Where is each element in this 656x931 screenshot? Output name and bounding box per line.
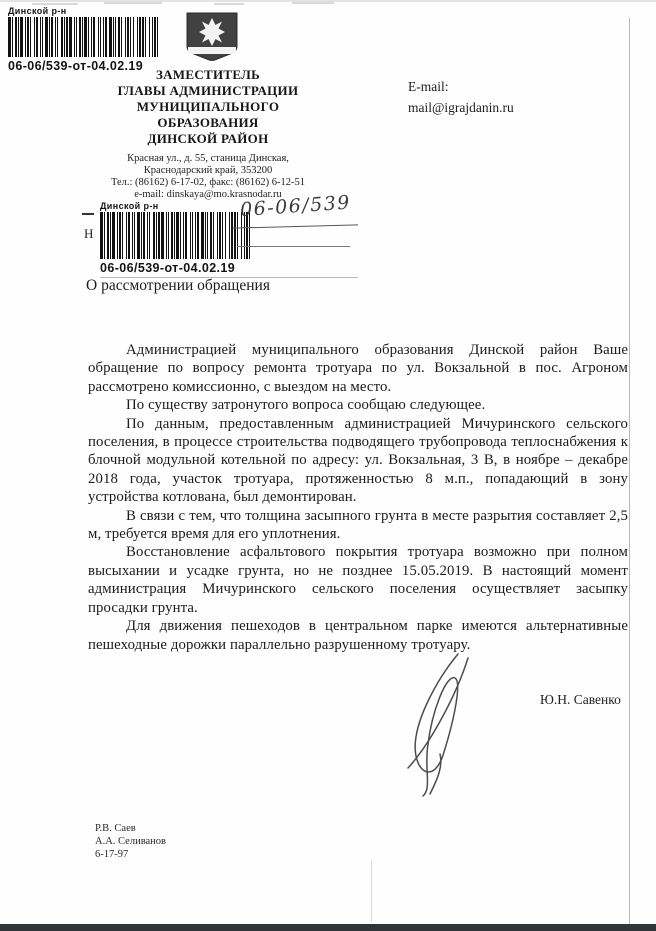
letterhead-title-line: ДИНСКОЙ РАЙОН — [95, 131, 321, 147]
signer-name: Ю.Н. Савенко — [540, 692, 621, 708]
obscured-form-letter: Н — [84, 226, 93, 242]
letterhead-address-line: Краснодарский край, 353200 — [60, 165, 356, 177]
letter-subject: О рассмотрении обращения — [86, 277, 270, 295]
executor-phone: 6-17-97 — [95, 848, 166, 861]
handwritten-signature — [396, 650, 486, 798]
executor-block: Р.В. Саев А.А. Селиванов 6-17-97 — [95, 822, 166, 861]
scan-noise — [32, 3, 78, 5]
letterhead-title-line: ОБРАЗОВАНИЯ — [95, 115, 321, 131]
body-paragraph: Для движения пешеходов в центральном пар… — [88, 617, 628, 654]
scanned-letter-page: Динской р-н 06-06/539-от-04.02.19 ЗАМЕСТ… — [0, 0, 656, 931]
recipient-email-label: E-mail: — [408, 76, 514, 97]
letterhead-title-line: ЗАМЕСТИТЕЛЬ — [95, 67, 321, 83]
letterhead-address-line: Красная ул., д. 55, станица Динская, — [60, 153, 356, 165]
recipient-block: E-mail: mail@igrajdanin.ru — [408, 76, 514, 118]
body-paragraph: По данным, предоставленным администрацие… — [88, 415, 628, 507]
executor-name: Р.В. Саев — [95, 822, 166, 835]
letterhead-title: ЗАМЕСТИТЕЛЬ ГЛАВЫ АДМИНИСТРАЦИИ МУНИЦИПА… — [95, 67, 321, 147]
body-paragraph: В связи с тем, что толщина засыпного гру… — [88, 507, 628, 544]
executor-name: А.А. Селиванов — [95, 835, 166, 848]
body-paragraph: Восстановление асфальтового покрытия тро… — [88, 543, 628, 617]
barcode-code: 06-06/539-от-04.02.19 — [100, 261, 278, 275]
coat-of-arms-icon — [184, 12, 240, 62]
body-paragraph: По существу затронутого вопроса сообщаю … — [88, 396, 628, 414]
registration-barcode-stamp-top: Динской р-н 06-06/539-от-04.02.19 — [8, 6, 182, 73]
scan-fold-line — [371, 860, 372, 922]
scan-noise — [292, 2, 334, 4]
scan-bottom-edge — [0, 924, 656, 931]
letterhead-title-line: МУНИЦИПАЛЬНОГО — [95, 99, 321, 115]
form-line-fragment — [82, 213, 94, 215]
scan-noise — [104, 2, 162, 4]
letter-body: Администрацией муниципального образовани… — [88, 341, 628, 654]
blank-form-line — [237, 246, 350, 247]
barcode-icon — [8, 17, 182, 57]
body-paragraph: Администрацией муниципального образовани… — [88, 341, 628, 396]
letterhead-title-line: ГЛАВЫ АДМИНИСТРАЦИИ — [95, 83, 321, 99]
recipient-email-value: mail@igrajdanin.ru — [408, 97, 514, 118]
barcode-region-label: Динской р-н — [8, 6, 182, 16]
scan-noise — [214, 3, 244, 5]
scan-page-edge — [629, 18, 630, 924]
letterhead-address-line: Тел.: (86162) 6-17-02, факс: (86162) 6-1… — [60, 177, 356, 189]
